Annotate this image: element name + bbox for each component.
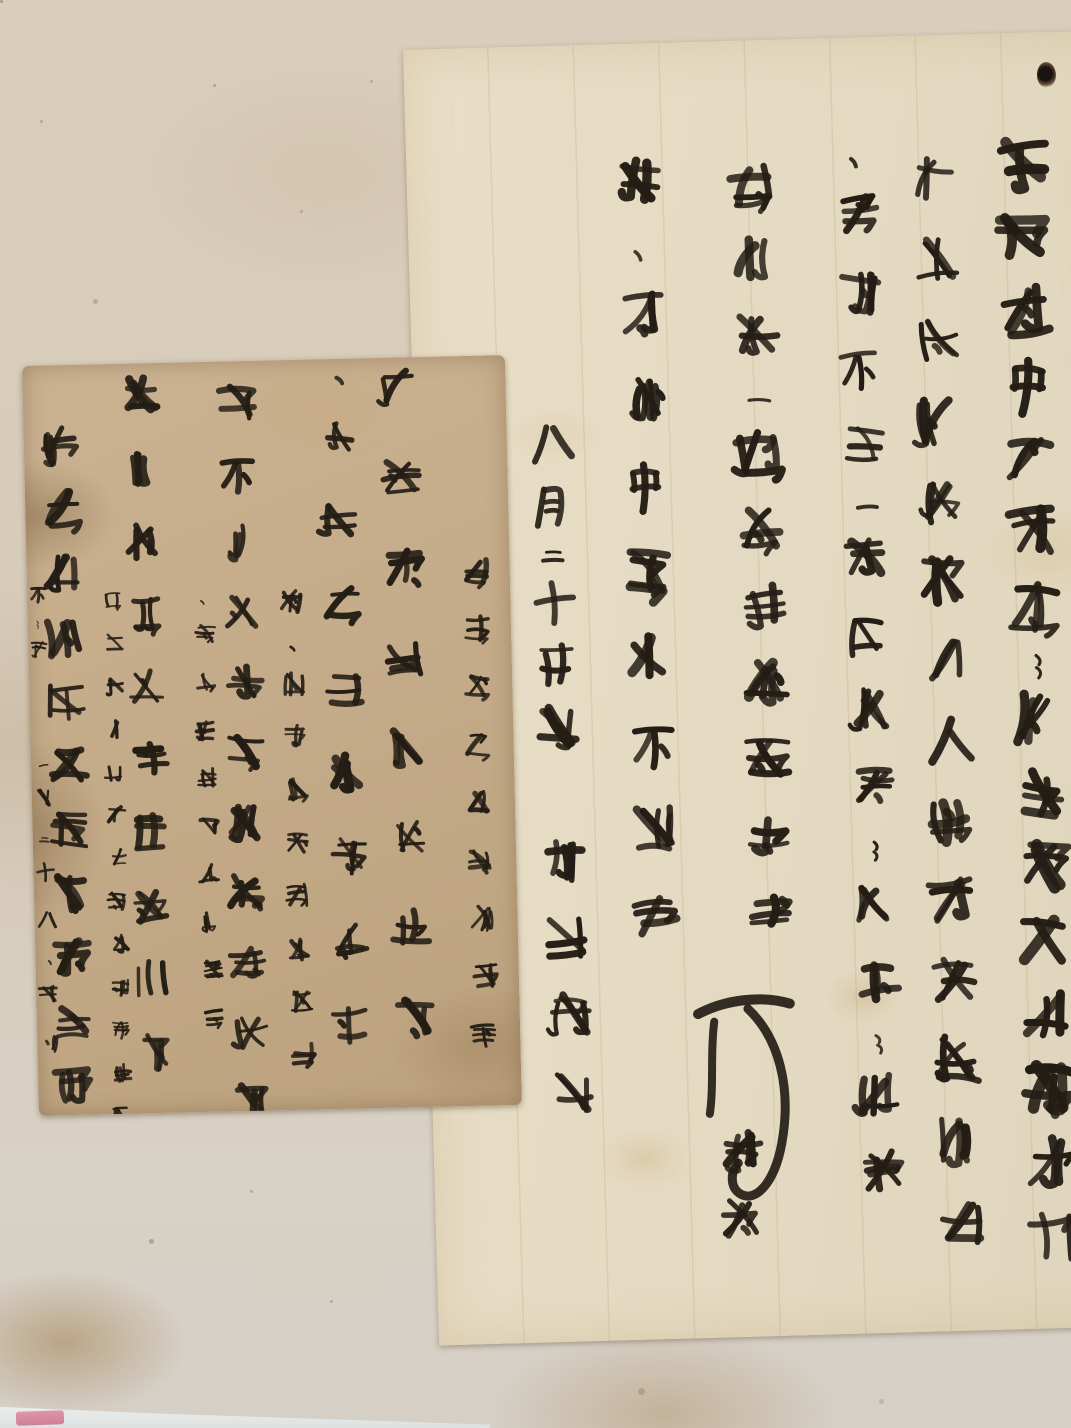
calligraphy-column: [27, 583, 49, 675]
foxing-specks: [0, 0, 3, 3]
left-letter-card: [22, 355, 522, 1116]
calligraphy-column: [539, 833, 600, 1146]
calligraphy-column: [375, 365, 437, 1086]
pink-paper-scrap: [16, 1410, 64, 1426]
calligraphy-column: [278, 588, 317, 1095]
photo-of-mounted-letters: [0, 0, 1071, 1428]
table-surface: [0, 1404, 490, 1428]
calligraphy-column: [523, 417, 583, 766]
wormhole-stain: [1037, 62, 1057, 89]
calligraphy-column: [830, 149, 910, 1224]
calligraphy-column: [714, 1125, 768, 1262]
calligraphy-column: [904, 152, 991, 1273]
calligraphy-column: [991, 132, 1071, 1281]
calligraphy-column: [610, 155, 687, 976]
calligraphy-column: [190, 596, 224, 1055]
calligraphy-column: [459, 555, 501, 1078]
calligraphy-column: [315, 368, 375, 1087]
calligraphy-column: [723, 158, 799, 959]
